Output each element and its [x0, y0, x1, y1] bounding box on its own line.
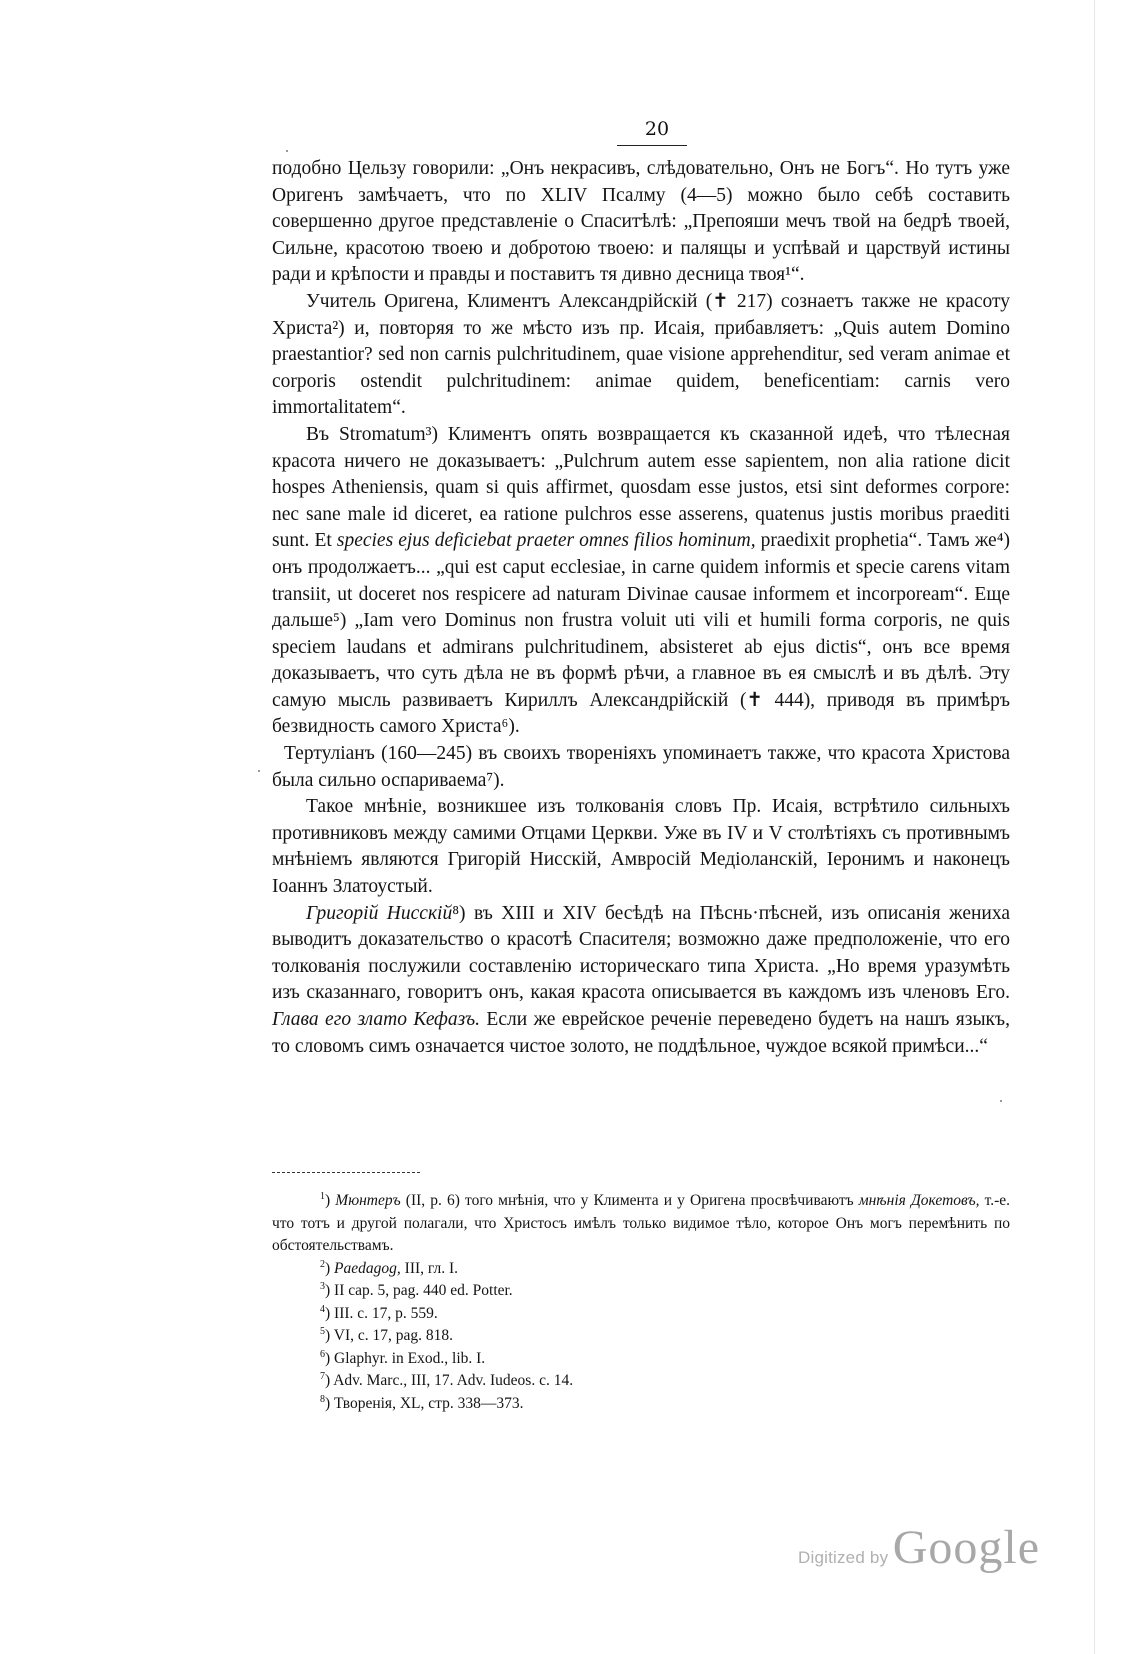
footnote-1: 1) Мюнтеръ (II, p. 6) того мнѣнія, что у… — [272, 1190, 1010, 1258]
paragraph: Въ Stromatum³) Климентъ опять возвращает… — [272, 422, 1010, 741]
body-text: подобно Цельзу говорили: „Онъ некрасивъ,… — [272, 156, 1010, 1060]
scan-edge-line — [1094, 0, 1095, 1654]
footnote-4: 4) III. c. 17, p. 559. — [272, 1303, 1010, 1326]
text-run: подобно Цельзу говорили: „Онъ некрасивъ,… — [272, 158, 1010, 285]
text-run: praedixit prophetia“. Тамъ же⁴) онъ прод… — [272, 530, 1010, 737]
scan-speck — [286, 150, 288, 152]
footnote-5: 5) VI, c. 17, pag. 818. — [272, 1325, 1010, 1348]
italic-text: Григорій Нисскій — [306, 903, 452, 924]
text-run: (II, p. 6) того мнѣнія, что у Климента и… — [401, 1192, 859, 1209]
text-run: Творенія, XL, стр. 338—373. — [334, 1395, 523, 1412]
footnote-paren: ) — [325, 1395, 334, 1412]
paragraph: подобно Цельзу говорили: „Онъ некрасивъ,… — [272, 156, 1010, 289]
text-run: VI, c. 17, pag. 818. — [334, 1327, 453, 1344]
text-run: Glaphyr. in Exod., lib. I. — [334, 1350, 485, 1367]
digitized-by-watermark: Digitized by Google — [798, 1520, 1040, 1575]
paragraph: Учитель Оригена, Климентъ Александрійскі… — [272, 289, 1010, 422]
text-run: Тертуліанъ (160—245) въ своихъ твореніях… — [272, 743, 1010, 791]
text-run: Учитель Оригена, Климентъ Александрійскі… — [272, 291, 1010, 418]
paragraph: Григорій Нисскій⁸) въ XIII и XIV бесѣдѣ … — [272, 901, 1010, 1061]
footnote-6: 6) Glaphyr. in Exod., lib. I. — [272, 1348, 1010, 1371]
footnote-paren: ) — [325, 1372, 333, 1389]
text-run: Adv. Marc., III, 17. Adv. Iudeos. c. 14. — [333, 1372, 573, 1389]
footnote-paren: ) — [325, 1350, 334, 1367]
footnote-7: 7) Adv. Marc., III, 17. Adv. Iudeos. c. … — [272, 1370, 1010, 1393]
scan-speck — [258, 770, 260, 772]
footnote-paren: ) — [325, 1305, 334, 1322]
scanned-page: 20 подобно Цельзу говорили: „Онъ некраси… — [0, 0, 1124, 1654]
footnote-3: 3) II cap. 5, pag. 440 ed. Potter. — [272, 1280, 1010, 1303]
page-number-underline — [617, 145, 687, 146]
paragraph: Тертуліанъ (160—245) въ своихъ твореніях… — [272, 741, 1010, 794]
watermark-prefix: Digitized by — [798, 1548, 888, 1567]
footnote-paren: ) — [325, 1327, 334, 1344]
footnote-8: 8) Творенія, XL, стр. 338—373. — [272, 1393, 1010, 1416]
footnote-paren: ) — [325, 1282, 334, 1299]
footnote-paren: ) — [325, 1192, 335, 1209]
paragraph: Такое мнѣніе, возникшее изъ толкованія с… — [272, 794, 1010, 900]
text-run: III. c. 17, p. 559. — [334, 1305, 438, 1322]
italic-text: мнѣнія Докетовъ, — [859, 1192, 980, 1209]
footnote-paren: ) — [325, 1260, 334, 1277]
italic-text: Мюнтеръ — [335, 1192, 400, 1209]
footnotes: 1) Мюнтеръ (II, p. 6) того мнѣнія, что у… — [272, 1190, 1010, 1415]
google-logo-icon: Google — [893, 1521, 1040, 1574]
italic-text: species ejus deficiebat praeter omnes fi… — [337, 530, 756, 551]
text-run: III, гл. I. — [401, 1260, 458, 1277]
text-run: Такое мнѣніе, возникшее изъ толкованія с… — [272, 796, 1010, 897]
text-run: II cap. 5, pag. 440 ed. Potter. — [334, 1282, 513, 1299]
italic-text: Paedagog, — [334, 1260, 401, 1277]
footnote-2: 2) Paedagog, III, гл. I. — [272, 1258, 1010, 1281]
scan-speck — [1000, 1100, 1002, 1102]
page-number: 20 — [617, 118, 697, 140]
footnote-separator — [272, 1172, 420, 1173]
italic-text: Глава его злато Кефазъ. — [272, 1009, 480, 1030]
